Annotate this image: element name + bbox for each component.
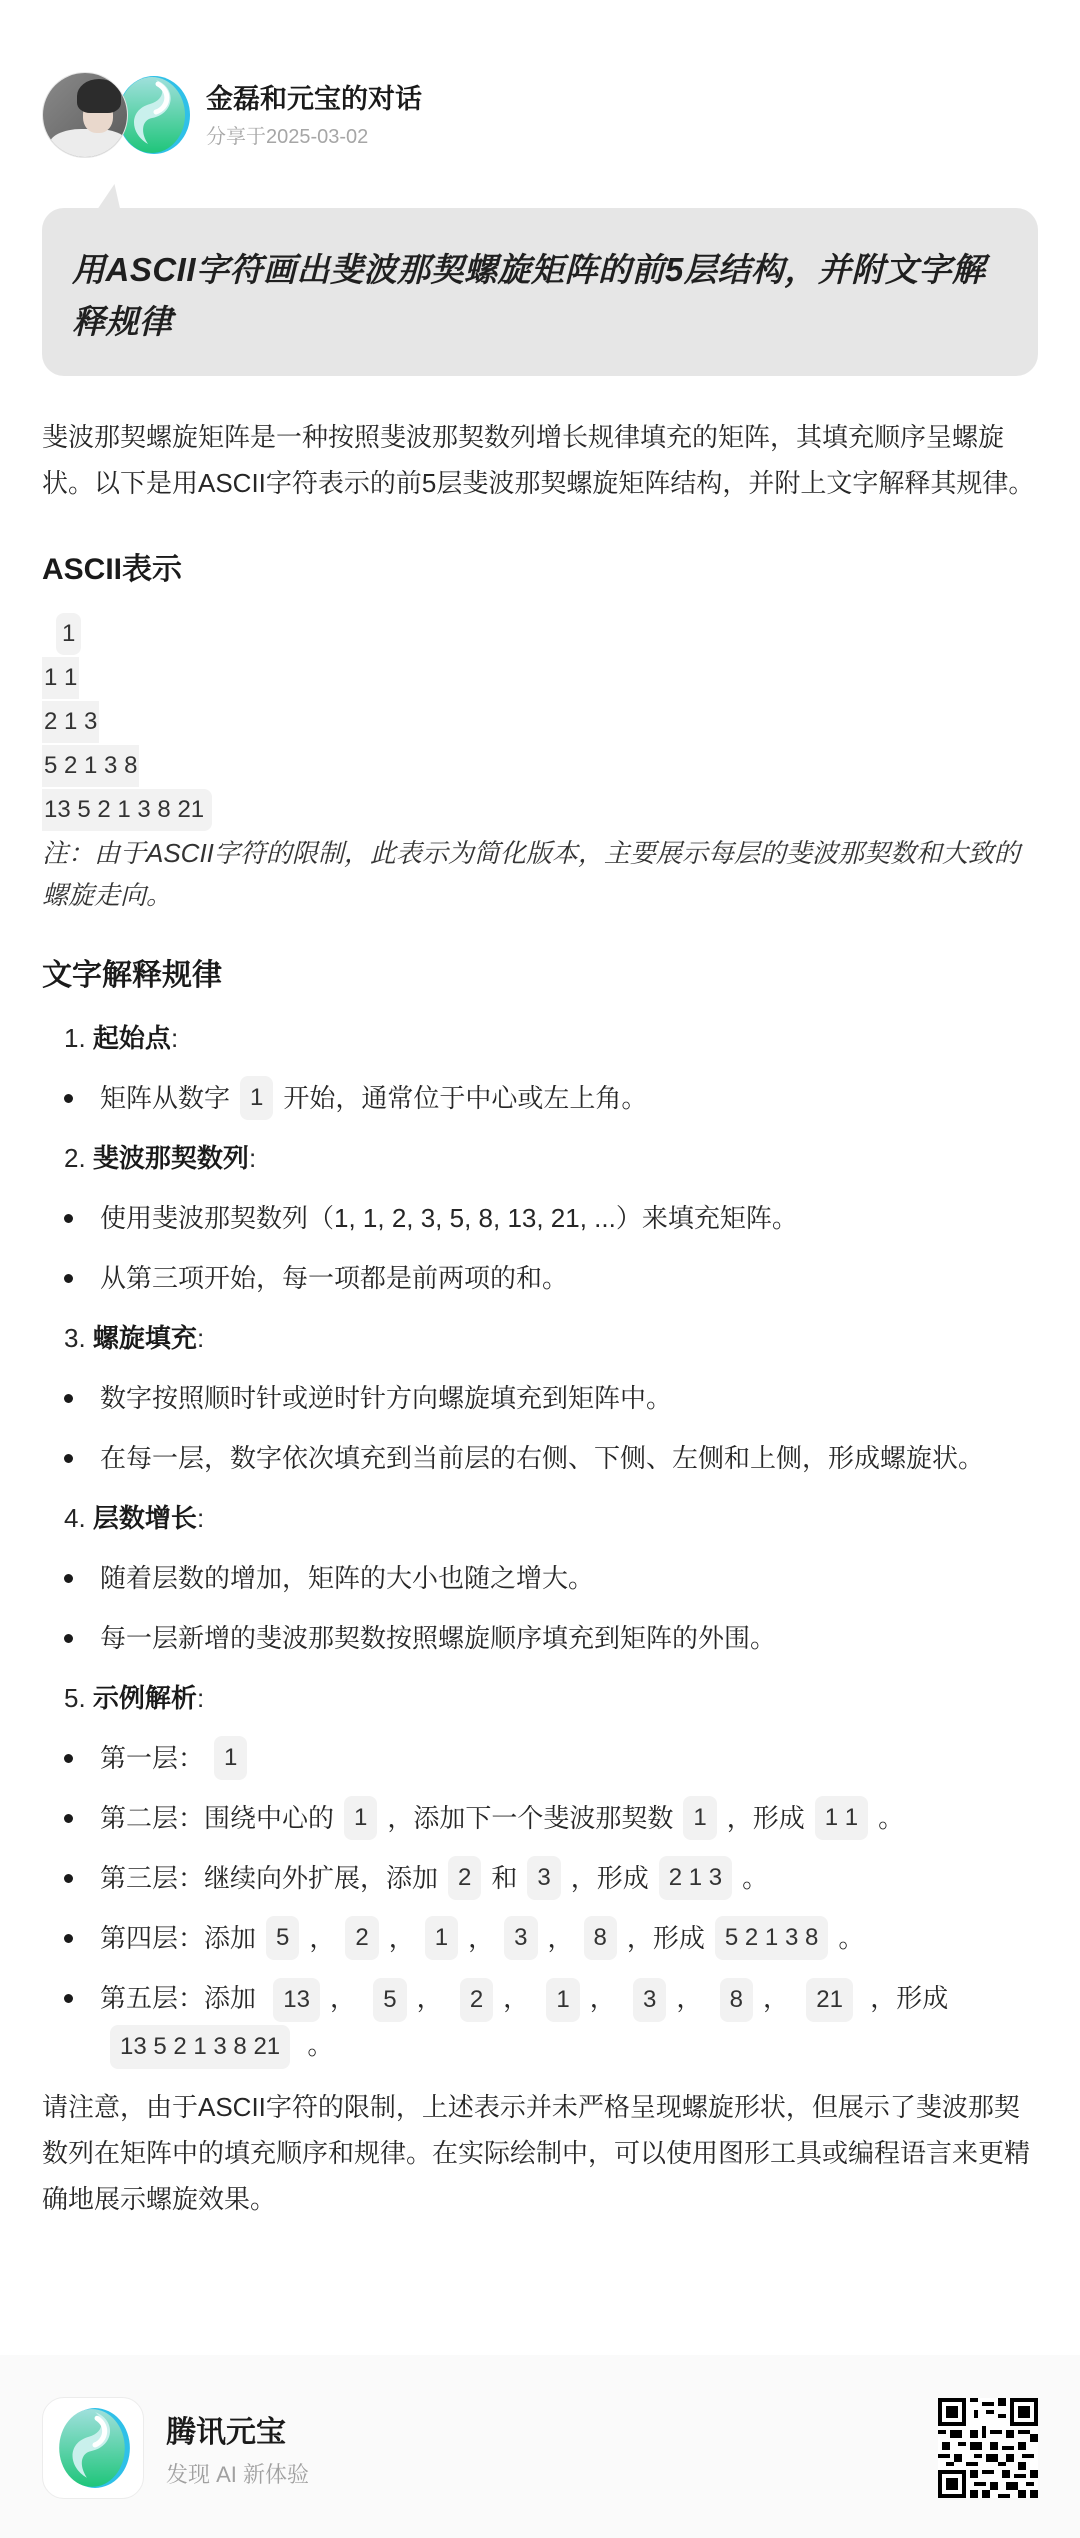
- inline-code: 1: [683, 1796, 716, 1840]
- conclusion-paragraph: 请注意，由于ASCII字符的限制，上述表示并未严格呈现螺旋形状，但展示了斐波那契…: [42, 2084, 1038, 2222]
- ascii-line: 5 2 1 3 8: [42, 745, 139, 787]
- bullet-text: ，形成: [870, 1983, 948, 2013]
- rule-number: 4.: [64, 1497, 86, 1539]
- separator: ，: [309, 1915, 335, 1961]
- bullet-text: 。: [307, 2030, 333, 2060]
- rule-number: 1.: [64, 1017, 86, 1059]
- bullet-text: 数字按照顺时针或逆时针方向螺旋填充到矩阵中。: [100, 1375, 672, 1421]
- bullet-text: 使用斐波那契数列（1, 1, 2, 3, 5, 8, 13, 21, ...）来…: [100, 1195, 798, 1241]
- list-item-layer-4: 第四层：添加 5， 2， 1， 3， 8 ，形成 5 2 1 3 8 。: [42, 1908, 1038, 1968]
- list-item-layer-3: 第三层：继续向外扩展，添加 2 和 3 ，形成 2 1 3 。: [42, 1848, 1038, 1908]
- rule-item-4: 4. 层数增长:: [64, 1488, 1038, 1548]
- bullet-text: 第一层：: [100, 1735, 204, 1781]
- separator: ，: [503, 1983, 529, 2013]
- conversation-title: 金磊和元宝的对话: [206, 82, 422, 116]
- bullet-text: 矩阵从数字: [100, 1075, 230, 1121]
- list-item-layer-5: 第五层：添加 13， 5， 2， 1， 3， 8， 21 ，形成 13 5 2 …: [42, 1968, 1038, 2076]
- inline-code: 8: [720, 1978, 753, 2022]
- bullet-text: 第五层：添加: [100, 1983, 256, 2013]
- inline-code: 2: [448, 1856, 481, 1900]
- inline-code: 3: [633, 1978, 666, 2022]
- separator: ，: [417, 1983, 443, 2013]
- rule-item-1: 1. 起始点:: [64, 1008, 1038, 1068]
- separator: ，: [763, 1983, 789, 2013]
- ascii-line: 2 1 3: [42, 701, 99, 743]
- bullet-text: 。: [878, 1795, 904, 1841]
- rule-title: 示例解析: [93, 1677, 197, 1719]
- ascii-line: 13 5 2 1 3 8 21: [42, 789, 212, 831]
- bullet-text: 第三层：继续向外扩展，添加: [100, 1855, 438, 1901]
- app-slogan: 发现 AI 新体验: [166, 2458, 309, 2489]
- question-text: 用ASCII字符画出斐波那契螺旋矩阵的前5层结构，并附文字解释规律: [72, 244, 1006, 348]
- assistant-answer: 斐波那契螺旋矩阵是一种按照斐波那契数列增长规律填充的矩阵，其填充顺序呈螺旋状。以…: [42, 414, 1038, 2222]
- separator: ，: [330, 1983, 356, 2013]
- inline-code: 8: [584, 1916, 617, 1960]
- bullet-text: 随着层数的增加，矩阵的大小也随之增大。: [100, 1555, 594, 1601]
- inline-code: 1: [214, 1736, 247, 1780]
- bullet-text: 从第三项开始，每一项都是前两项的和。: [100, 1255, 568, 1301]
- inline-code: 3: [504, 1916, 537, 1960]
- inline-code: 5 2 1 3 8: [715, 1916, 828, 1960]
- rule-title: 斐波那契数列: [93, 1137, 249, 1179]
- bullet-text: 。: [742, 1855, 768, 1901]
- rule-number: 3.: [64, 1317, 86, 1359]
- list-item: 随着层数的增加，矩阵的大小也随之增大。: [42, 1548, 1038, 1608]
- separator: ，: [676, 1983, 702, 2013]
- rule-number: 2.: [64, 1137, 86, 1179]
- qr-code-icon[interactable]: [938, 2398, 1038, 2498]
- list-item: 从第三项开始，每一项都是前两项的和。: [42, 1248, 1038, 1308]
- inline-code: 1: [344, 1796, 377, 1840]
- inline-code: 3: [527, 1856, 560, 1900]
- bullet-text: 开始，通常位于中心或左上角。: [283, 1075, 647, 1121]
- avatar-group: [42, 70, 192, 160]
- conversation-header: 金磊和元宝的对话 分享于2025-03-02: [42, 70, 422, 160]
- rule-item-5: 5. 示例解析:: [64, 1668, 1038, 1728]
- separator: ，: [389, 1915, 415, 1961]
- bullet-text: 和: [491, 1855, 517, 1901]
- inline-code: 21: [806, 1978, 853, 2022]
- ascii-line: 1: [56, 613, 81, 655]
- inline-code: 2: [460, 1978, 493, 2022]
- list-item: 矩阵从数字 1 开始，通常位于中心或左上角。: [42, 1068, 1038, 1128]
- list-item: 数字按照顺时针或逆时针方向螺旋填充到矩阵中。: [42, 1368, 1038, 1428]
- share-date: 分享于2025-03-02: [206, 120, 422, 149]
- intro-paragraph: 斐波那契螺旋矩阵是一种按照斐波那契数列增长规律填充的矩阵，其填充顺序呈螺旋状。以…: [42, 414, 1038, 506]
- bullet-text: 每一层新增的斐波那契数按照螺旋顺序填充到矩阵的外围。: [100, 1615, 776, 1661]
- list-item: 每一层新增的斐波那契数按照螺旋顺序填充到矩阵的外围。: [42, 1608, 1038, 1668]
- bullet-text: 。: [838, 1915, 864, 1961]
- inline-code: 1 1: [815, 1796, 868, 1840]
- inline-code: 5: [373, 1978, 406, 2022]
- list-item: 使用斐波那契数列（1, 1, 2, 3, 5, 8, 13, 21, ...）来…: [42, 1188, 1038, 1248]
- ascii-heading: ASCII表示: [42, 544, 1038, 588]
- inline-code: 13 5 2 1 3 8 21: [110, 2025, 290, 2069]
- bullet-text: ，添加下一个斐波那契数: [387, 1795, 673, 1841]
- ascii-line: 1 1: [42, 657, 79, 699]
- inline-code: 1: [240, 1076, 273, 1120]
- rule-item-2: 2. 斐波那契数列:: [64, 1128, 1038, 1188]
- yuanbao-logo-icon: [53, 2406, 133, 2490]
- separator: ，: [468, 1915, 494, 1961]
- list-item: 在每一层，数字依次填充到当前层的右侧、下侧、左侧和上侧，形成螺旋状。: [42, 1428, 1038, 1488]
- list-item-layer-1: 第一层： 1: [42, 1728, 1038, 1788]
- ascii-note: 注：由于ASCII字符的限制，此表示为简化版本，主要展示每层的斐波那契数和大致的…: [42, 832, 1038, 916]
- app-footer: 腾讯元宝 发现 AI 新体验: [0, 2355, 1080, 2538]
- rule-title: 层数增长: [93, 1497, 197, 1539]
- ascii-block: 1 1 1 2 1 3 5 2 1 3 8 13 5 2 1 3 8 21: [42, 612, 1038, 832]
- user-avatar: [42, 72, 128, 158]
- rule-item-3: 3. 螺旋填充:: [64, 1308, 1038, 1368]
- separator: ，: [548, 1915, 574, 1961]
- bullet-text: ，形成: [627, 1915, 705, 1961]
- bullet-text: ，形成: [571, 1855, 649, 1901]
- list-item-layer-2: 第二层：围绕中心的 1 ，添加下一个斐波那契数 1 ，形成 1 1 。: [42, 1788, 1038, 1848]
- app-icon[interactable]: [42, 2397, 144, 2499]
- separator: ，: [590, 1983, 616, 2013]
- rule-number: 5.: [64, 1677, 86, 1719]
- rules-heading: 文字解释规律: [42, 950, 1038, 994]
- bullet-text: 在每一层，数字依次填充到当前层的右侧、下侧、左侧和上侧，形成螺旋状。: [100, 1443, 984, 1473]
- inline-code: 1: [546, 1978, 579, 2022]
- bullet-text: 第四层：添加: [100, 1915, 256, 1961]
- app-name: 腾讯元宝: [166, 2407, 286, 2451]
- bullet-text: 第二层：围绕中心的: [100, 1795, 334, 1841]
- user-question-bubble: 用ASCII字符画出斐波那契螺旋矩阵的前5层结构，并附文字解释规律: [42, 208, 1038, 376]
- inline-code: 2: [345, 1916, 378, 1960]
- inline-code: 5: [266, 1916, 299, 1960]
- rule-title: 螺旋填充: [93, 1317, 197, 1359]
- inline-code: 2 1 3: [659, 1856, 732, 1900]
- inline-code: 13: [273, 1978, 320, 2022]
- inline-code: 1: [425, 1916, 458, 1960]
- rule-title: 起始点: [93, 1017, 171, 1059]
- bullet-text: ，形成: [727, 1795, 805, 1841]
